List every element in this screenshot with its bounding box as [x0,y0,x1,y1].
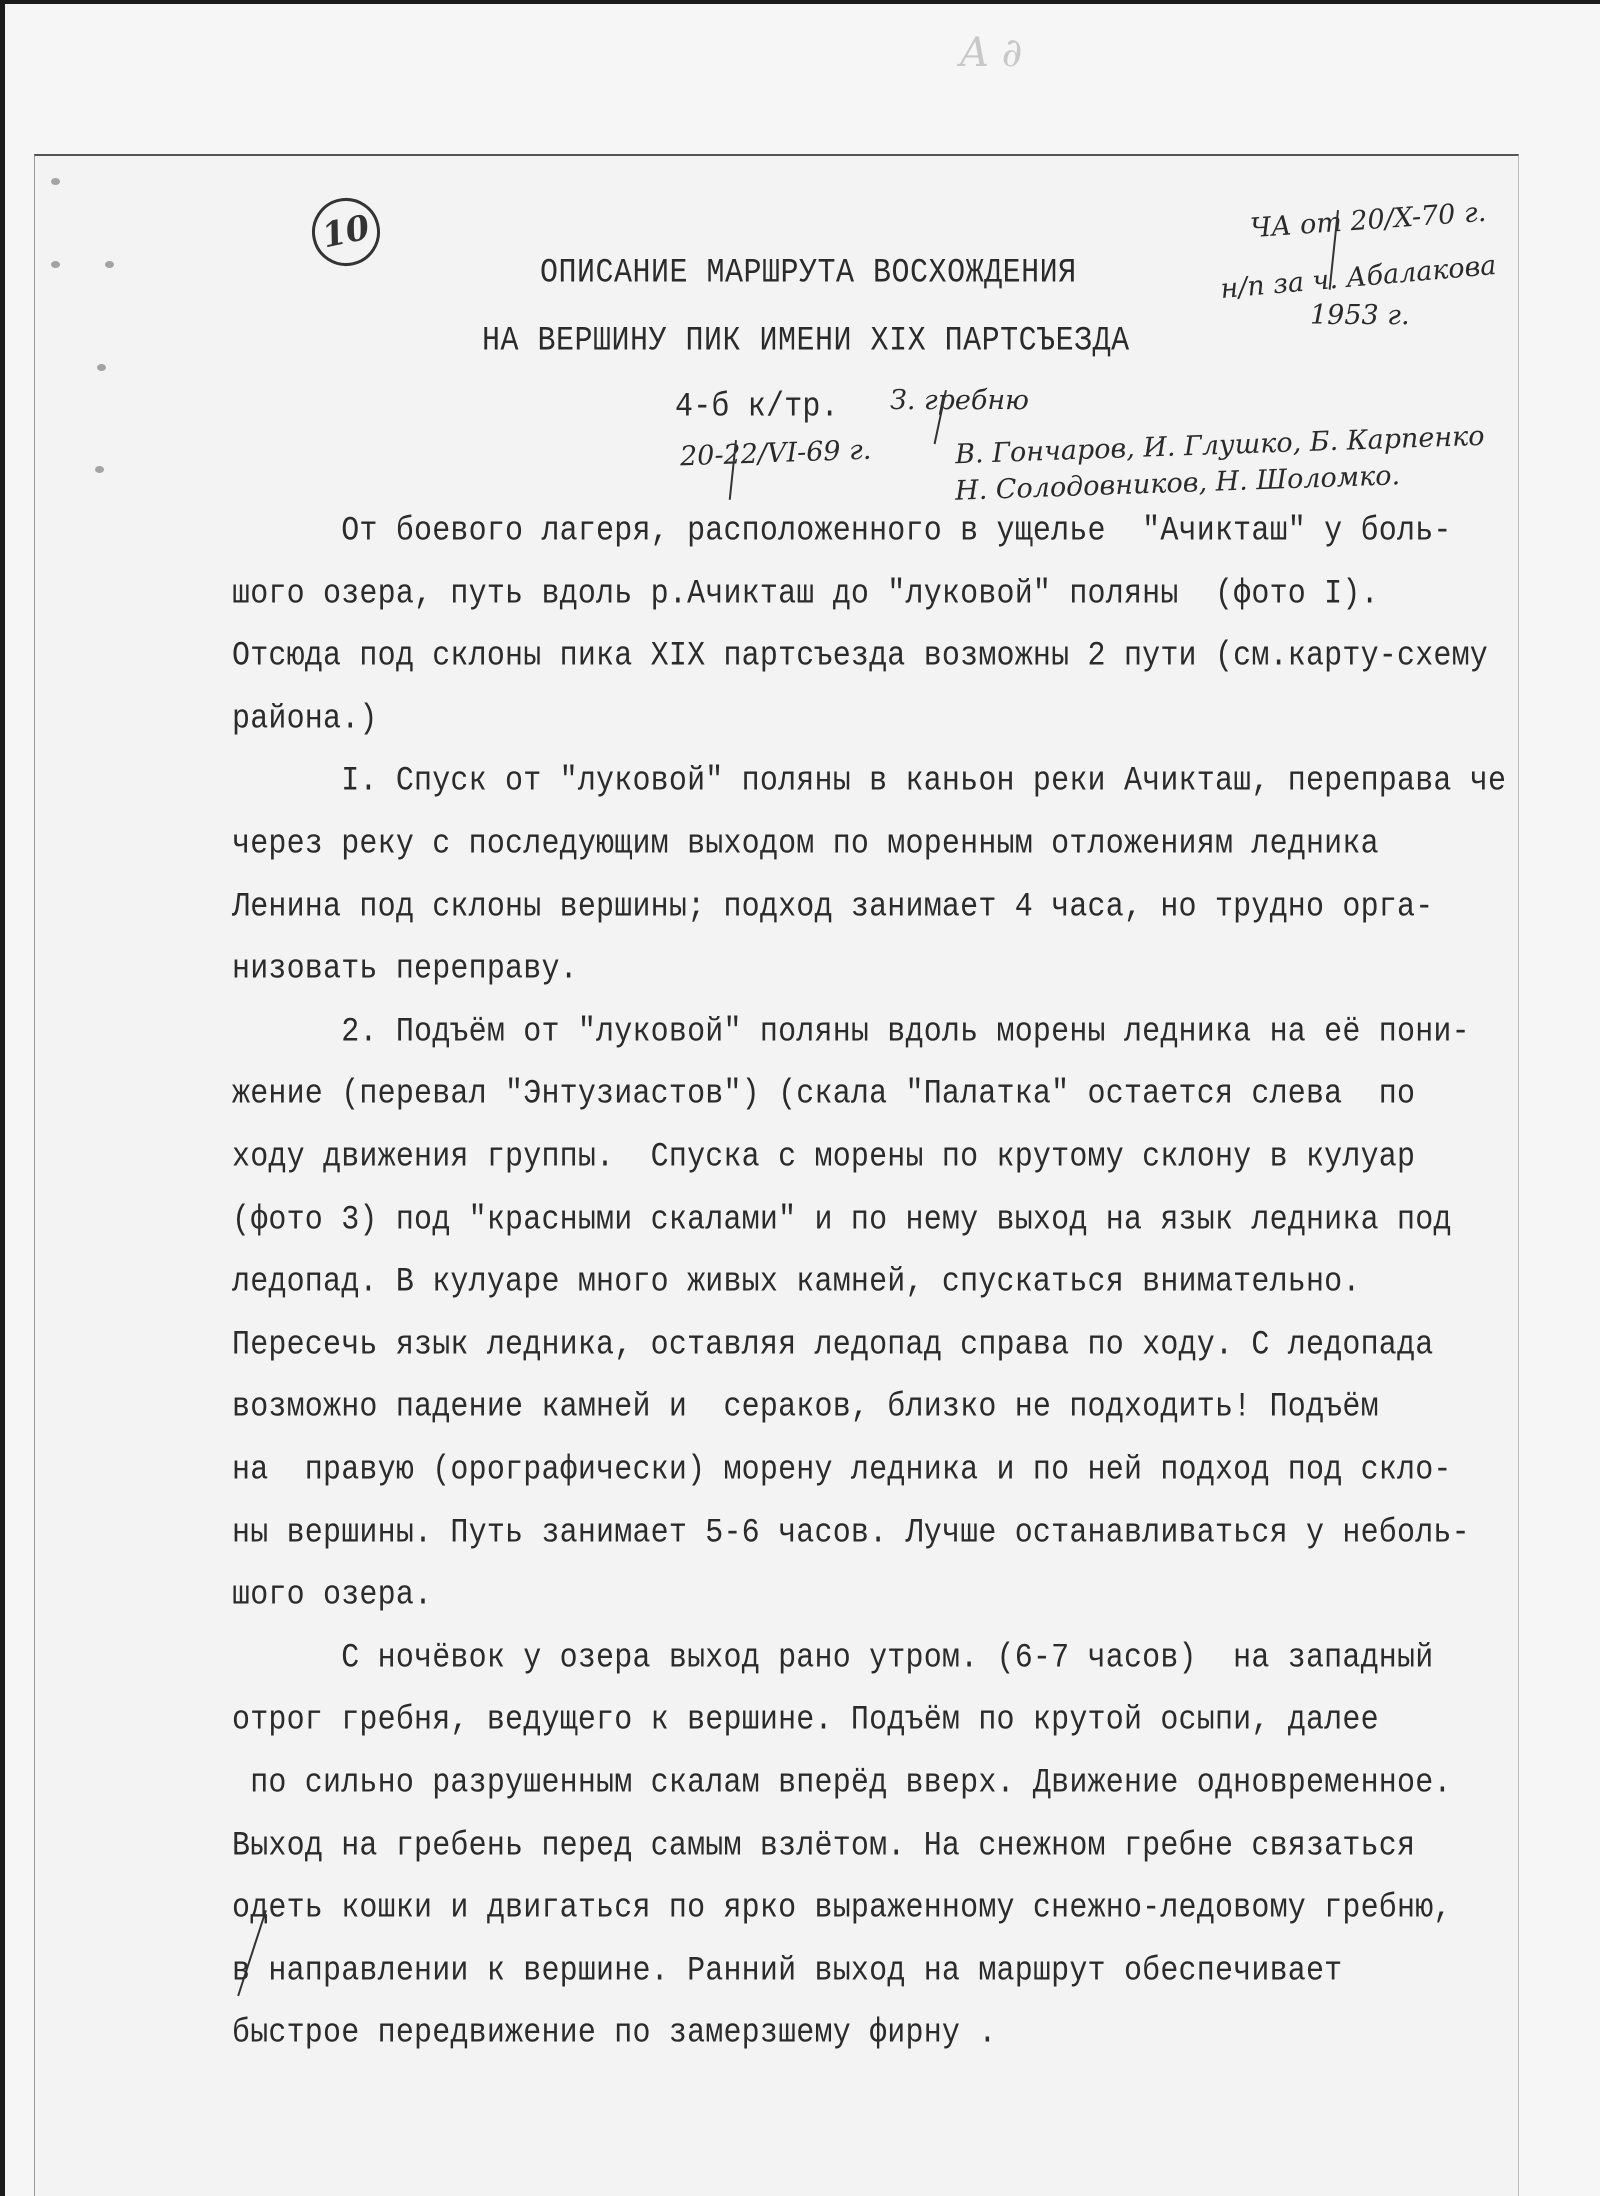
body-text-line: возможно падение камней и сераков, близк… [232,1388,1379,1427]
body-text-line: Отсюда под склоны пика XIX партсъезда во… [232,637,1488,676]
body-text-line: От боевого лагеря, расположенного в ущел… [232,512,1452,551]
title-line-1: ОПИСАНИЕ МАРШРУТА ВОСХОЖДЕНИЯ [540,254,1077,293]
body-text-line: (фото 3) под "красными скалами" и по нем… [232,1201,1452,1240]
body-text-line: на правую (орографически) морену ледника… [232,1451,1452,1490]
punch-hole-mark [51,178,60,185]
punch-hole-mark [97,364,106,371]
body-text-line: отрог гребня, ведущего к вершине. Подъём… [232,1701,1379,1740]
punch-hole-mark [105,261,114,268]
punch-hole-mark [51,261,60,268]
body-text-line: С ночёвок у озера выход рано утром. (6-7… [232,1639,1433,1678]
body-text-line: 2. Подъём от "луковой" поляны вдоль море… [232,1013,1470,1052]
faint-bleedthrough-mark: A ∂ [960,30,1022,76]
body-text-line: ледопад. В кулуаре много живых камней, с… [232,1263,1361,1302]
body-text-line: жение (перевал "Энтузиастов") (скала "Па… [232,1075,1415,1114]
body-text-line: по сильно разрушенным скалам вперёд ввер… [232,1764,1452,1803]
handwritten-route-note: З. гребню [890,385,1029,416]
body-text-line: шого озера, путь вдоль р.Ачикташ до "лук… [232,575,1379,614]
body-text-line: через реку с последующим выходом по море… [232,825,1379,864]
body-text-line: района.) [232,700,378,739]
body-text-line: Выход на гребень перед самым взлётом. На… [232,1827,1415,1866]
body-text-line: I. Спуск от "луковой" поляны в каньон ре… [232,762,1506,801]
body-text-line: Пересечь язык ледника, оставляя ледопад … [232,1326,1433,1365]
handwritten-margin-note-3: 1953 г. [1310,300,1410,331]
difficulty-category: 4-б к/тр. [675,388,839,427]
body-text-line: шого озера. [232,1576,432,1615]
body-text-line: низовать переправу. [232,950,578,989]
body-text-line: одеть кошки и двигаться по ярко выраженн… [232,1889,1452,1928]
title-line-2: НА ВЕРШИНУ ПИК ИМЕНИ XIX ПАРТСЪЕЗДА [482,322,1130,361]
body-text-line: быстрое передвижение по замерзшему фирну… [232,2014,997,2053]
body-text-line: ны вершины. Путь занимает 5-6 часов. Луч… [232,1514,1470,1553]
punch-hole-mark [95,466,104,473]
body-text-line: ходу движения группы. Спуска с морены по… [232,1138,1415,1177]
body-text-line: Ленина под склоны вершины; подход занима… [232,888,1433,927]
body-text-line: в направлении к вершине. Ранний выход на… [232,1952,1342,1991]
